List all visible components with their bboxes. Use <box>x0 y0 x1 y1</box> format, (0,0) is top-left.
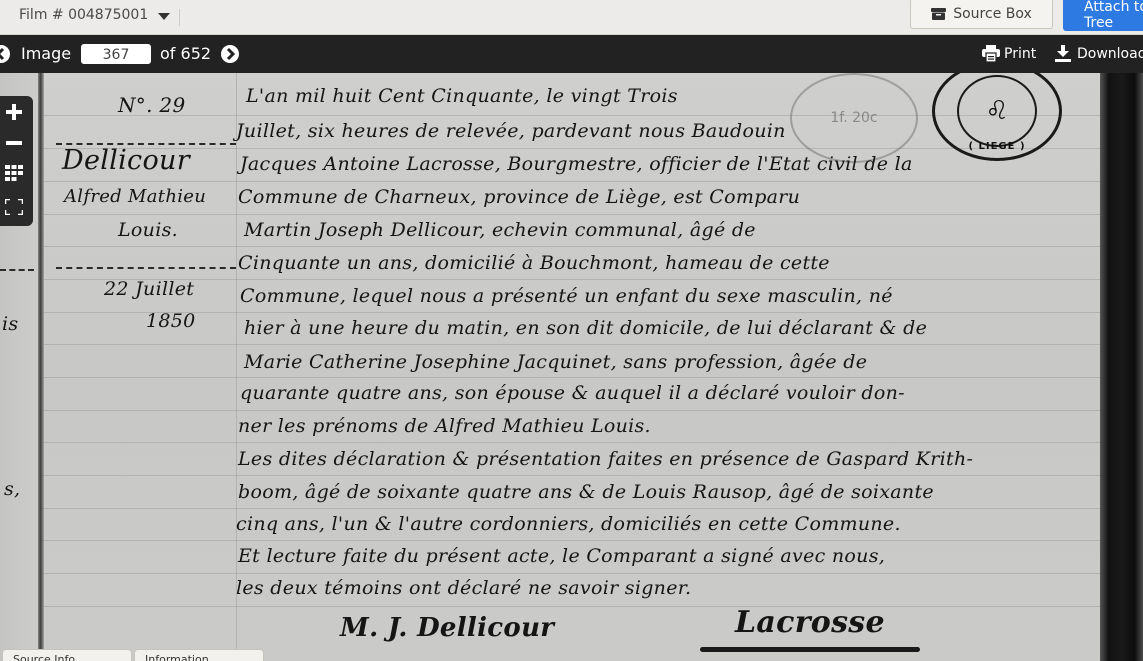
download-label: Download <box>1077 46 1143 62</box>
fullscreen-icon <box>5 199 23 215</box>
record-line: Martin Joseph Dellicour, echevin communa… <box>244 219 756 241</box>
chevron-left-icon <box>0 45 10 63</box>
tab-label: Source Info <box>13 653 75 661</box>
margin-year: 1850 <box>146 310 196 332</box>
ruled-line <box>44 344 1100 345</box>
tax-stamp-faded: 1f. 20c <box>790 73 918 163</box>
record-line: hier à une heure du matin, en son dit do… <box>244 317 927 339</box>
left-page-fragment: is <box>2 313 18 335</box>
source-box-label: Source Box <box>953 6 1032 22</box>
record-line: Cinquante un ans, domicilié à Bouchmont,… <box>238 252 830 274</box>
record-line: ner les prénoms de Alfred Mathieu Louis. <box>238 415 651 437</box>
plus-icon <box>6 104 22 120</box>
lion-emblem-icon: ♌ <box>957 75 1037 147</box>
record-line: Juillet, six heures de relevée, pardevan… <box>236 120 786 142</box>
ruled-line <box>44 214 1100 215</box>
next-image-button[interactable] <box>221 45 239 63</box>
tab-information[interactable]: Information <box>134 649 264 661</box>
ruled-line <box>44 508 1100 509</box>
ruled-line <box>44 606 1100 607</box>
chevron-right-icon <box>221 45 239 63</box>
ruled-line <box>44 377 1100 378</box>
image-label: Image <box>21 44 71 63</box>
top-header: Film # 004875001 Source Box Attach to Tr… <box>0 0 1143 35</box>
zoom-out-button[interactable] <box>3 132 25 154</box>
margin-date: 22 Juillet <box>104 278 194 300</box>
film-number-label: Film # 004875001 <box>19 7 148 23</box>
stamp-value: 1f. 20c <box>830 110 877 126</box>
previous-image-button[interactable] <box>0 45 10 63</box>
zoom-in-button[interactable] <box>3 101 25 123</box>
ruled-line <box>44 181 1100 182</box>
attach-label: Attach to Tree <box>1084 0 1143 31</box>
record-line: Commune, lequel nous a présenté un enfan… <box>240 285 893 307</box>
record-image[interactable]: 1f. 20c ♌ ( LIEGE ) is s, N°. 29 Dellico… <box>0 73 1143 661</box>
divider <box>179 9 180 26</box>
record-line: Et lecture faite du présent acte, le Com… <box>238 545 885 567</box>
record-line: Les dites déclaration & présentation fai… <box>238 448 973 470</box>
record-line: Marie Catherine Josephine Jacquinet, san… <box>244 351 867 373</box>
image-total-label: of 652 <box>160 44 211 63</box>
record-line: Jacques Antoine Lacrosse, Bourgmestre, o… <box>240 153 913 175</box>
grid-icon <box>5 165 23 181</box>
tab-label: Information <box>145 653 209 661</box>
ruled-line <box>44 312 1100 313</box>
tax-stamp-liege: ♌ ( LIEGE ) <box>932 73 1062 161</box>
print-label: Print <box>1004 46 1036 62</box>
record-number: N°. 29 <box>118 93 185 117</box>
print-button[interactable]: Print <box>982 45 1036 62</box>
ruled-line <box>44 573 1100 574</box>
caret-down-icon <box>158 13 170 20</box>
fullscreen-button[interactable] <box>3 196 25 218</box>
minus-icon <box>6 135 22 151</box>
record-line: L'an mil huit Cent Cinquante, le vingt T… <box>246 85 678 107</box>
record-line: Commune de Charneux, province de Liège, … <box>238 186 800 208</box>
gallery-view-button[interactable] <box>3 162 25 184</box>
signature-officer: Lacrosse <box>735 605 885 640</box>
left-page-fragment: s, <box>4 478 20 500</box>
record-line: cinq ans, l'un & l'autre cordonniers, do… <box>236 513 901 535</box>
download-button[interactable]: Download <box>1055 45 1143 62</box>
record-line: les deux témoins ont déclaré ne savoir s… <box>236 577 691 599</box>
zoom-controls <box>0 96 33 226</box>
stamp-city: ( LIEGE ) <box>935 141 1059 152</box>
tab-source-info[interactable]: Source Info <box>2 649 132 661</box>
archive-box-icon <box>931 8 946 20</box>
ruled-line <box>44 410 1100 411</box>
page-edge <box>1100 73 1143 661</box>
ruled-line <box>44 279 1100 280</box>
ruled-line <box>44 475 1100 476</box>
ruled-line <box>44 442 1100 443</box>
attach-to-tree-button[interactable]: Attach to Tree <box>1063 0 1143 31</box>
image-viewer-toolbar: Image of 652 Print Download <box>0 35 1143 73</box>
download-icon <box>1055 45 1071 62</box>
printer-icon <box>982 45 1000 62</box>
signature-declarant: M. J. Dellicour <box>340 613 554 643</box>
image-number-input[interactable] <box>81 44 151 64</box>
margin-surname: Dellicour <box>62 145 190 176</box>
left-dash <box>0 269 34 271</box>
record-line: quarante quatre ans, son épouse & auquel… <box>240 382 905 404</box>
margin-given-names-2: Louis. <box>118 219 178 241</box>
source-box-button[interactable]: Source Box <box>910 0 1053 29</box>
ruled-line <box>44 540 1100 541</box>
ruled-line <box>44 246 1100 247</box>
signature-flourish <box>700 647 920 652</box>
film-number-dropdown[interactable]: Film # 004875001 <box>19 7 170 23</box>
record-line: boom, âgé de soixante quatre ans & de Lo… <box>238 481 934 503</box>
margin-given-names: Alfred Mathieu <box>64 186 206 207</box>
separator-dash <box>56 267 236 269</box>
